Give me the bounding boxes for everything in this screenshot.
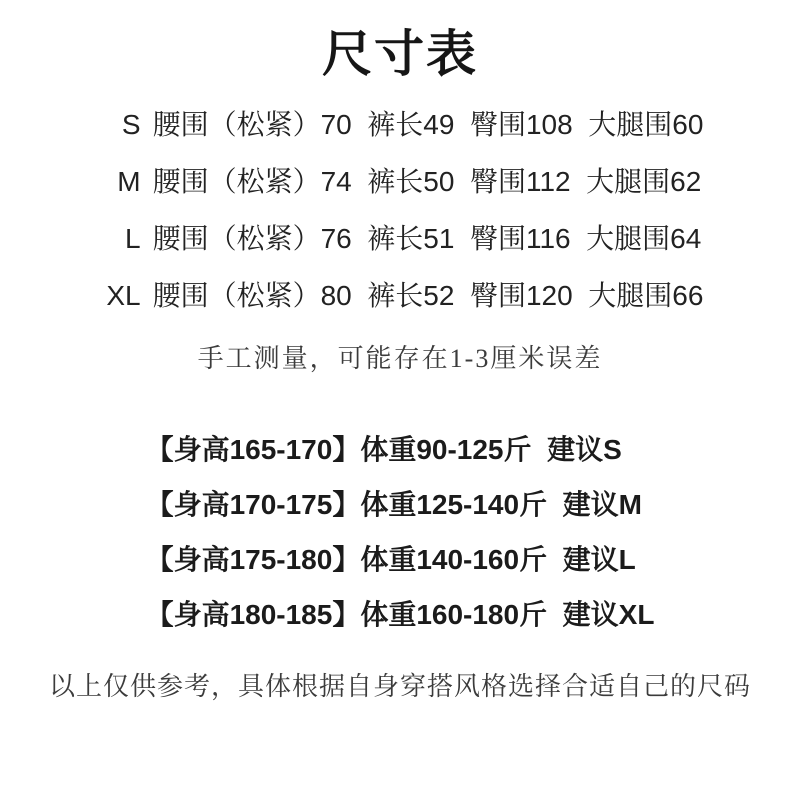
size-recommendation-xl: 【身高180-185】体重160-180斤 建议XL bbox=[146, 587, 655, 642]
size-table: S 腰围（松紧）70 裤长49 臀围108 大腿围60 M 腰围（松紧）74 裤… bbox=[97, 96, 704, 324]
size-label: L bbox=[97, 210, 141, 267]
size-recommendation-s: 【身高165-170】体重90-125斤 建议S bbox=[146, 422, 655, 477]
size-label: XL bbox=[97, 267, 141, 324]
size-chart-page: 尺寸表 S 腰围（松紧）70 裤长49 臀围108 大腿围60 M 腰围（松紧）… bbox=[0, 0, 800, 800]
size-measurements: 腰围（松紧）76 裤长51 臀围116 大腿围64 bbox=[153, 210, 702, 267]
size-measurements: 腰围（松紧）74 裤长50 臀围112 大腿围62 bbox=[153, 153, 702, 210]
size-measurements: 腰围（松紧）80 裤长52 臀围120 大腿围66 bbox=[153, 267, 704, 324]
size-table-row-m: M 腰围（松紧）74 裤长50 臀围112 大腿围62 bbox=[97, 153, 704, 210]
size-table-row-xl: XL 腰围（松紧）80 裤长52 臀围120 大腿围66 bbox=[97, 267, 704, 324]
size-recommendation-l: 【身高175-180】体重140-160斤 建议L bbox=[146, 532, 655, 587]
size-measurements: 腰围（松紧）70 裤长49 臀围108 大腿围60 bbox=[153, 96, 704, 153]
size-label: M bbox=[97, 153, 141, 210]
size-recommendations: 【身高165-170】体重90-125斤 建议S 【身高170-175】体重12… bbox=[146, 422, 655, 642]
size-table-row-s: S 腰围（松紧）70 裤长49 臀围108 大腿围60 bbox=[97, 96, 704, 153]
size-label: S bbox=[97, 96, 141, 153]
size-recommendation-m: 【身高170-175】体重125-140斤 建议M bbox=[146, 477, 655, 532]
page-title: 尺寸表 bbox=[322, 24, 478, 84]
size-table-row-l: L 腰围（松紧）76 裤长51 臀围116 大腿围64 bbox=[97, 210, 704, 267]
disclaimer-note: 以上仅供参考，具体根据自身穿搭风格选择合适自己的尺码 bbox=[49, 670, 751, 704]
measurement-tolerance-note: 手工测量，可能存在1-3厘米误差 bbox=[198, 342, 603, 376]
